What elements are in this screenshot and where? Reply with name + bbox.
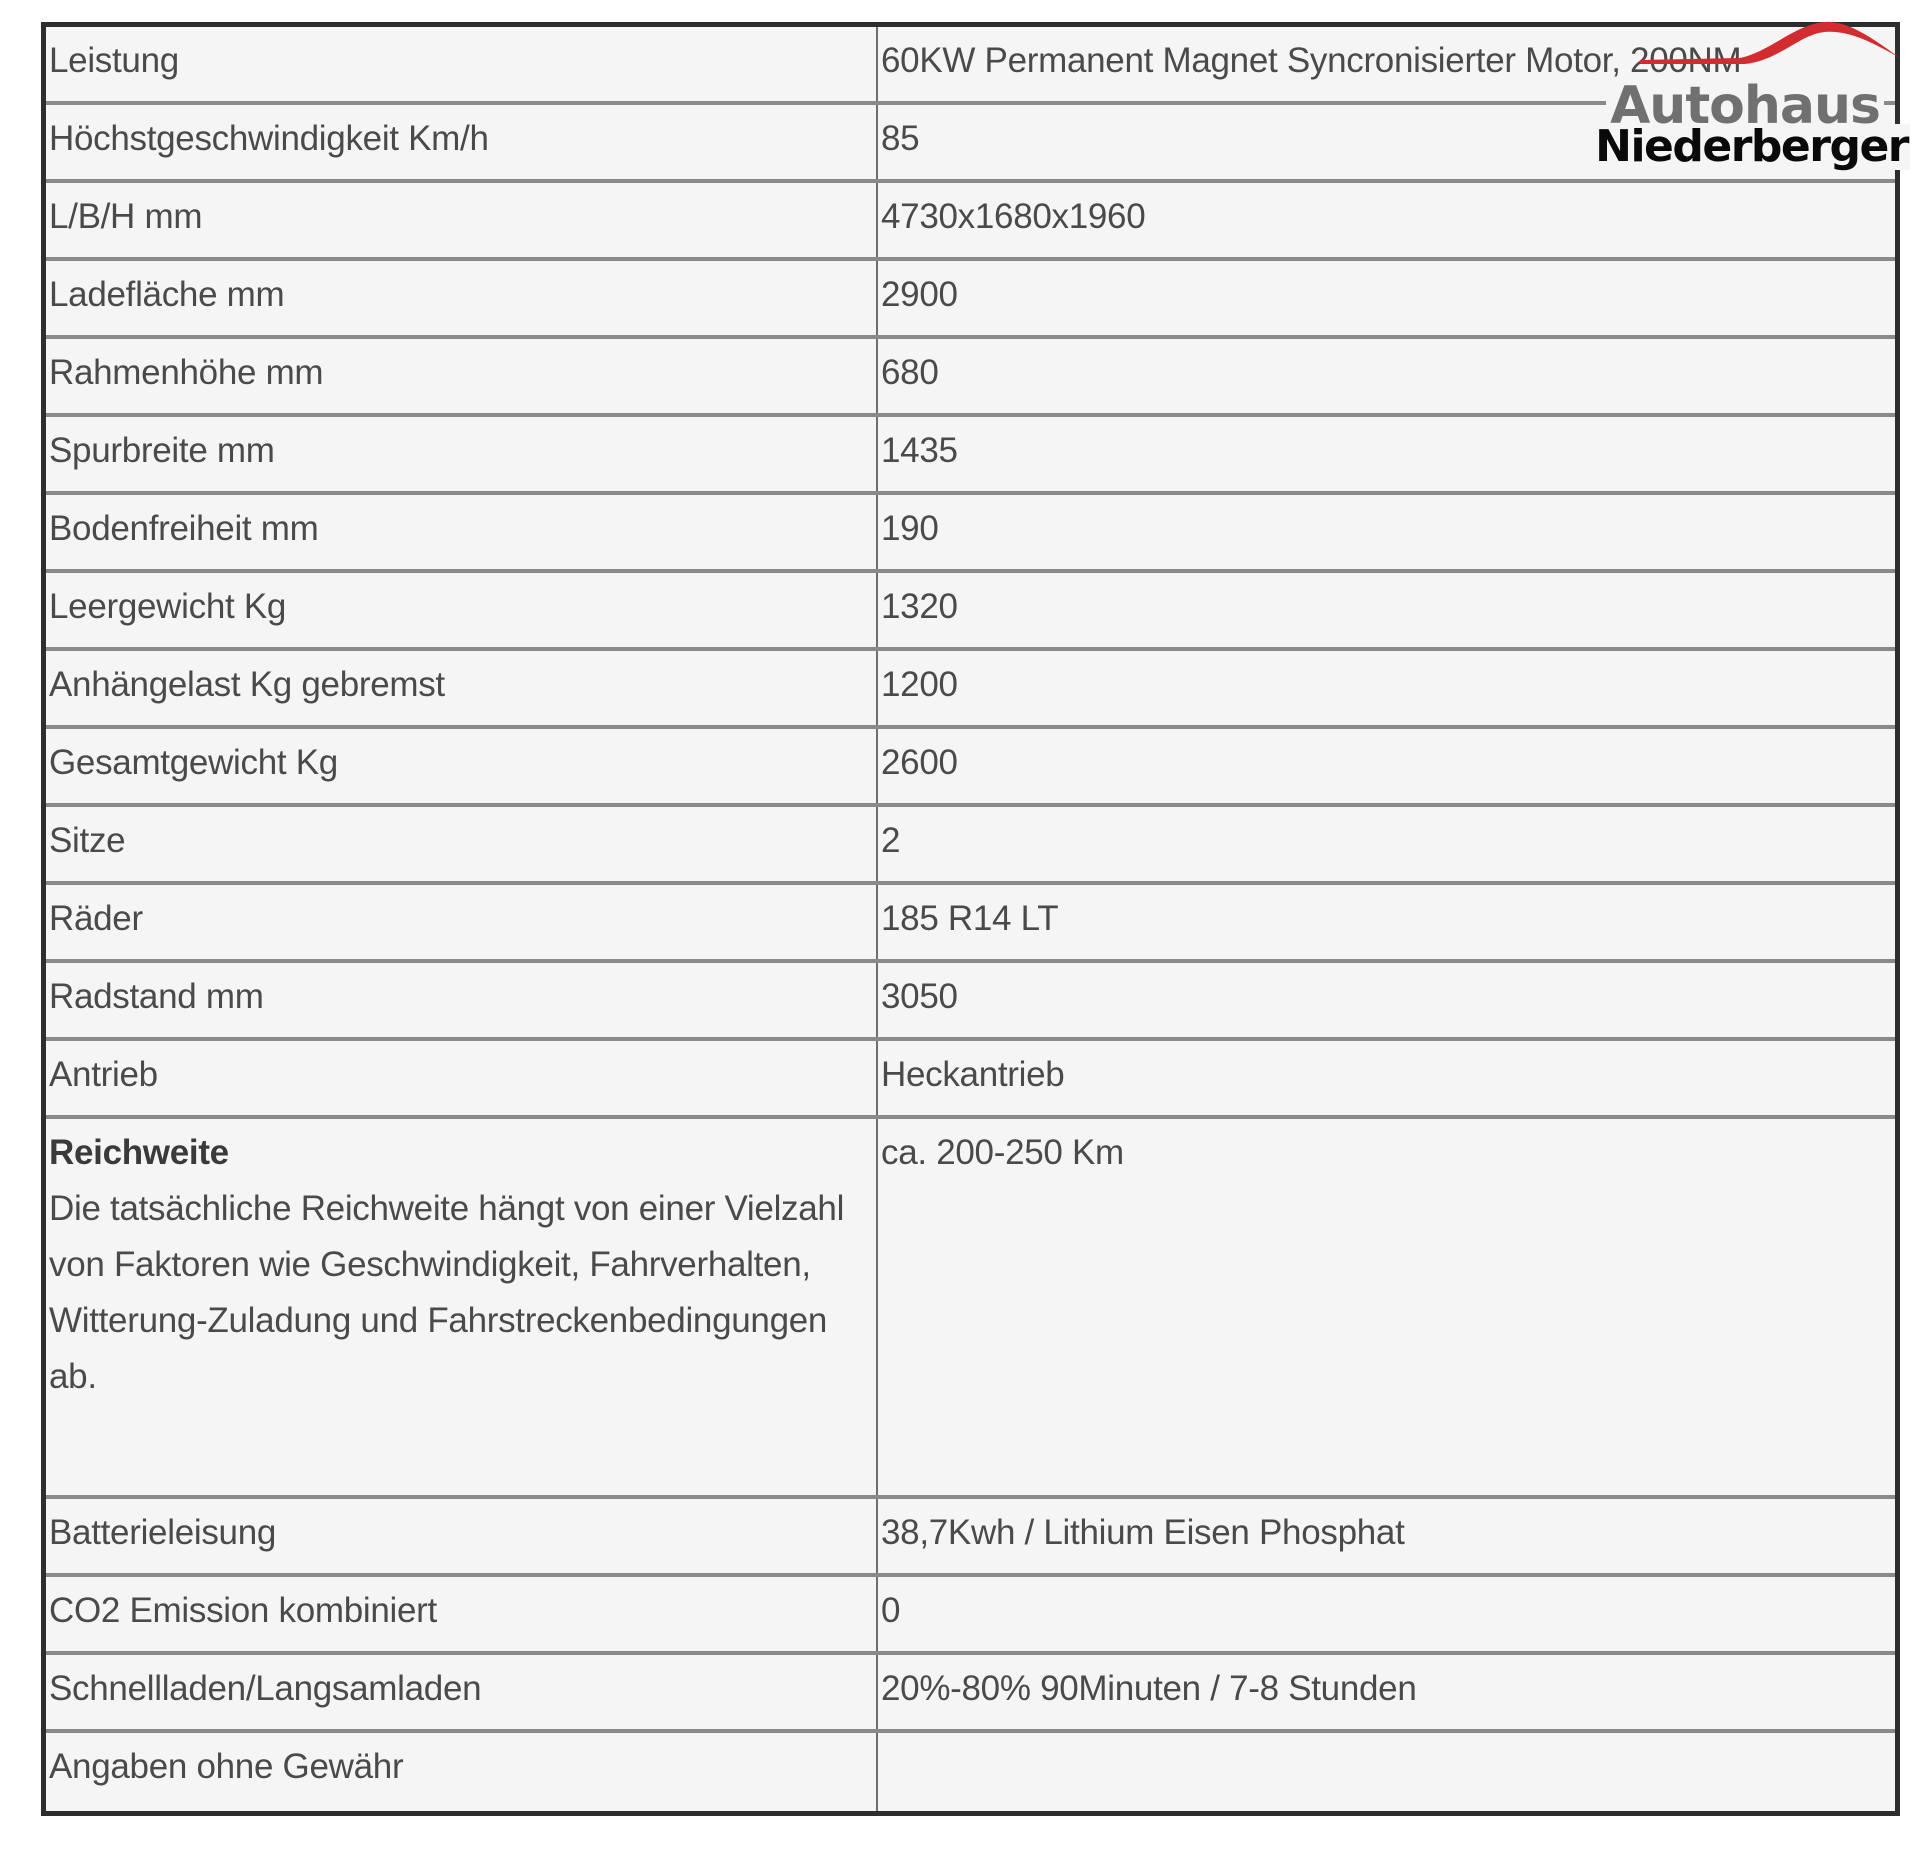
table-row: Sitze2 (46, 807, 1895, 885)
spec-value: 3050 (878, 963, 1895, 1037)
spec-label: Angaben ohne Gewähr (46, 1733, 878, 1811)
table-row: Anhängelast Kg gebremst1200 (46, 651, 1895, 729)
spec-value: 2 (878, 807, 1895, 881)
spec-label: ReichweiteDie tatsächliche Reichweite hä… (46, 1119, 878, 1495)
spec-label: Sitze (46, 807, 878, 881)
spec-label: Leergewicht Kg (46, 573, 878, 647)
spec-value: 20%-80% 90Minuten / 7-8 Stunden (878, 1655, 1895, 1729)
spec-label: CO2 Emission kombiniert (46, 1577, 878, 1651)
table-row: Spurbreite mm1435 (46, 417, 1895, 495)
table-row: Batterieleisung38,7Kwh / Lithium Eisen P… (46, 1499, 1895, 1577)
table-row: Radstand mm3050 (46, 963, 1895, 1041)
spec-label: Bodenfreiheit mm (46, 495, 878, 569)
dealer-logo: Autohaus Niederberger (1620, 14, 1910, 164)
table-row: Räder185 R14 LT (46, 885, 1895, 963)
spec-value: 4730x1680x1960 (878, 183, 1895, 257)
spec-value: 0 (878, 1577, 1895, 1651)
spec-value: 680 (878, 339, 1895, 413)
spec-value: 1200 (878, 651, 1895, 725)
spec-value: 185 R14 LT (878, 885, 1895, 959)
spec-label: Radstand mm (46, 963, 878, 1037)
spec-label: Antrieb (46, 1041, 878, 1115)
table-row: Bodenfreiheit mm190 (46, 495, 1895, 573)
spec-label: Schnellladen/Langsamladen (46, 1655, 878, 1729)
spec-value: 2600 (878, 729, 1895, 803)
table-row: CO2 Emission kombiniert0 (46, 1577, 1895, 1655)
table-row: Schnellladen/Langsamladen20%-80% 90Minut… (46, 1655, 1895, 1733)
logo-line-2: Niederberger (1593, 124, 1910, 170)
spec-table: Leistung60KW Permanent Magnet Syncronisi… (41, 22, 1900, 1816)
spec-label: Rahmenhöhe mm (46, 339, 878, 413)
spec-label: Räder (46, 885, 878, 959)
table-row: ReichweiteDie tatsächliche Reichweite hä… (46, 1119, 1895, 1499)
spec-label: L/B/H mm (46, 183, 878, 257)
spec-label: Spurbreite mm (46, 417, 878, 491)
table-row: Ladefläche mm2900 (46, 261, 1895, 339)
table-row: L/B/H mm4730x1680x1960 (46, 183, 1895, 261)
spec-label: Höchstgeschwindigkeit Km/h (46, 105, 878, 179)
table-row: Rahmenhöhe mm680 (46, 339, 1895, 417)
spec-value: ca. 200-250 Km (878, 1119, 1895, 1495)
spec-value: Heckantrieb (878, 1041, 1895, 1115)
spec-label: Anhängelast Kg gebremst (46, 651, 878, 725)
spec-value: 2900 (878, 261, 1895, 335)
table-row: Gesamtgewicht Kg2600 (46, 729, 1895, 807)
spec-label: Leistung (46, 27, 878, 101)
table-row: AntriebHeckantrieb (46, 1041, 1895, 1119)
spec-value: 1320 (878, 573, 1895, 647)
spec-label: Batterieleisung (46, 1499, 878, 1573)
spec-value (878, 1733, 1895, 1811)
range-label: Reichweite (49, 1133, 229, 1172)
table-row: Angaben ohne Gewähr (46, 1733, 1895, 1811)
spec-value: 38,7Kwh / Lithium Eisen Phosphat (878, 1499, 1895, 1573)
table-row: Leergewicht Kg1320 (46, 573, 1895, 651)
spec-label: Gesamtgewicht Kg (46, 729, 878, 803)
spec-value: 1435 (878, 417, 1895, 491)
spec-label: Ladefläche mm (46, 261, 878, 335)
car-roof-icon (1620, 14, 1910, 74)
range-note: Die tatsächliche Reichweite hängt von ei… (49, 1189, 844, 1396)
spec-value: 190 (878, 495, 1895, 569)
